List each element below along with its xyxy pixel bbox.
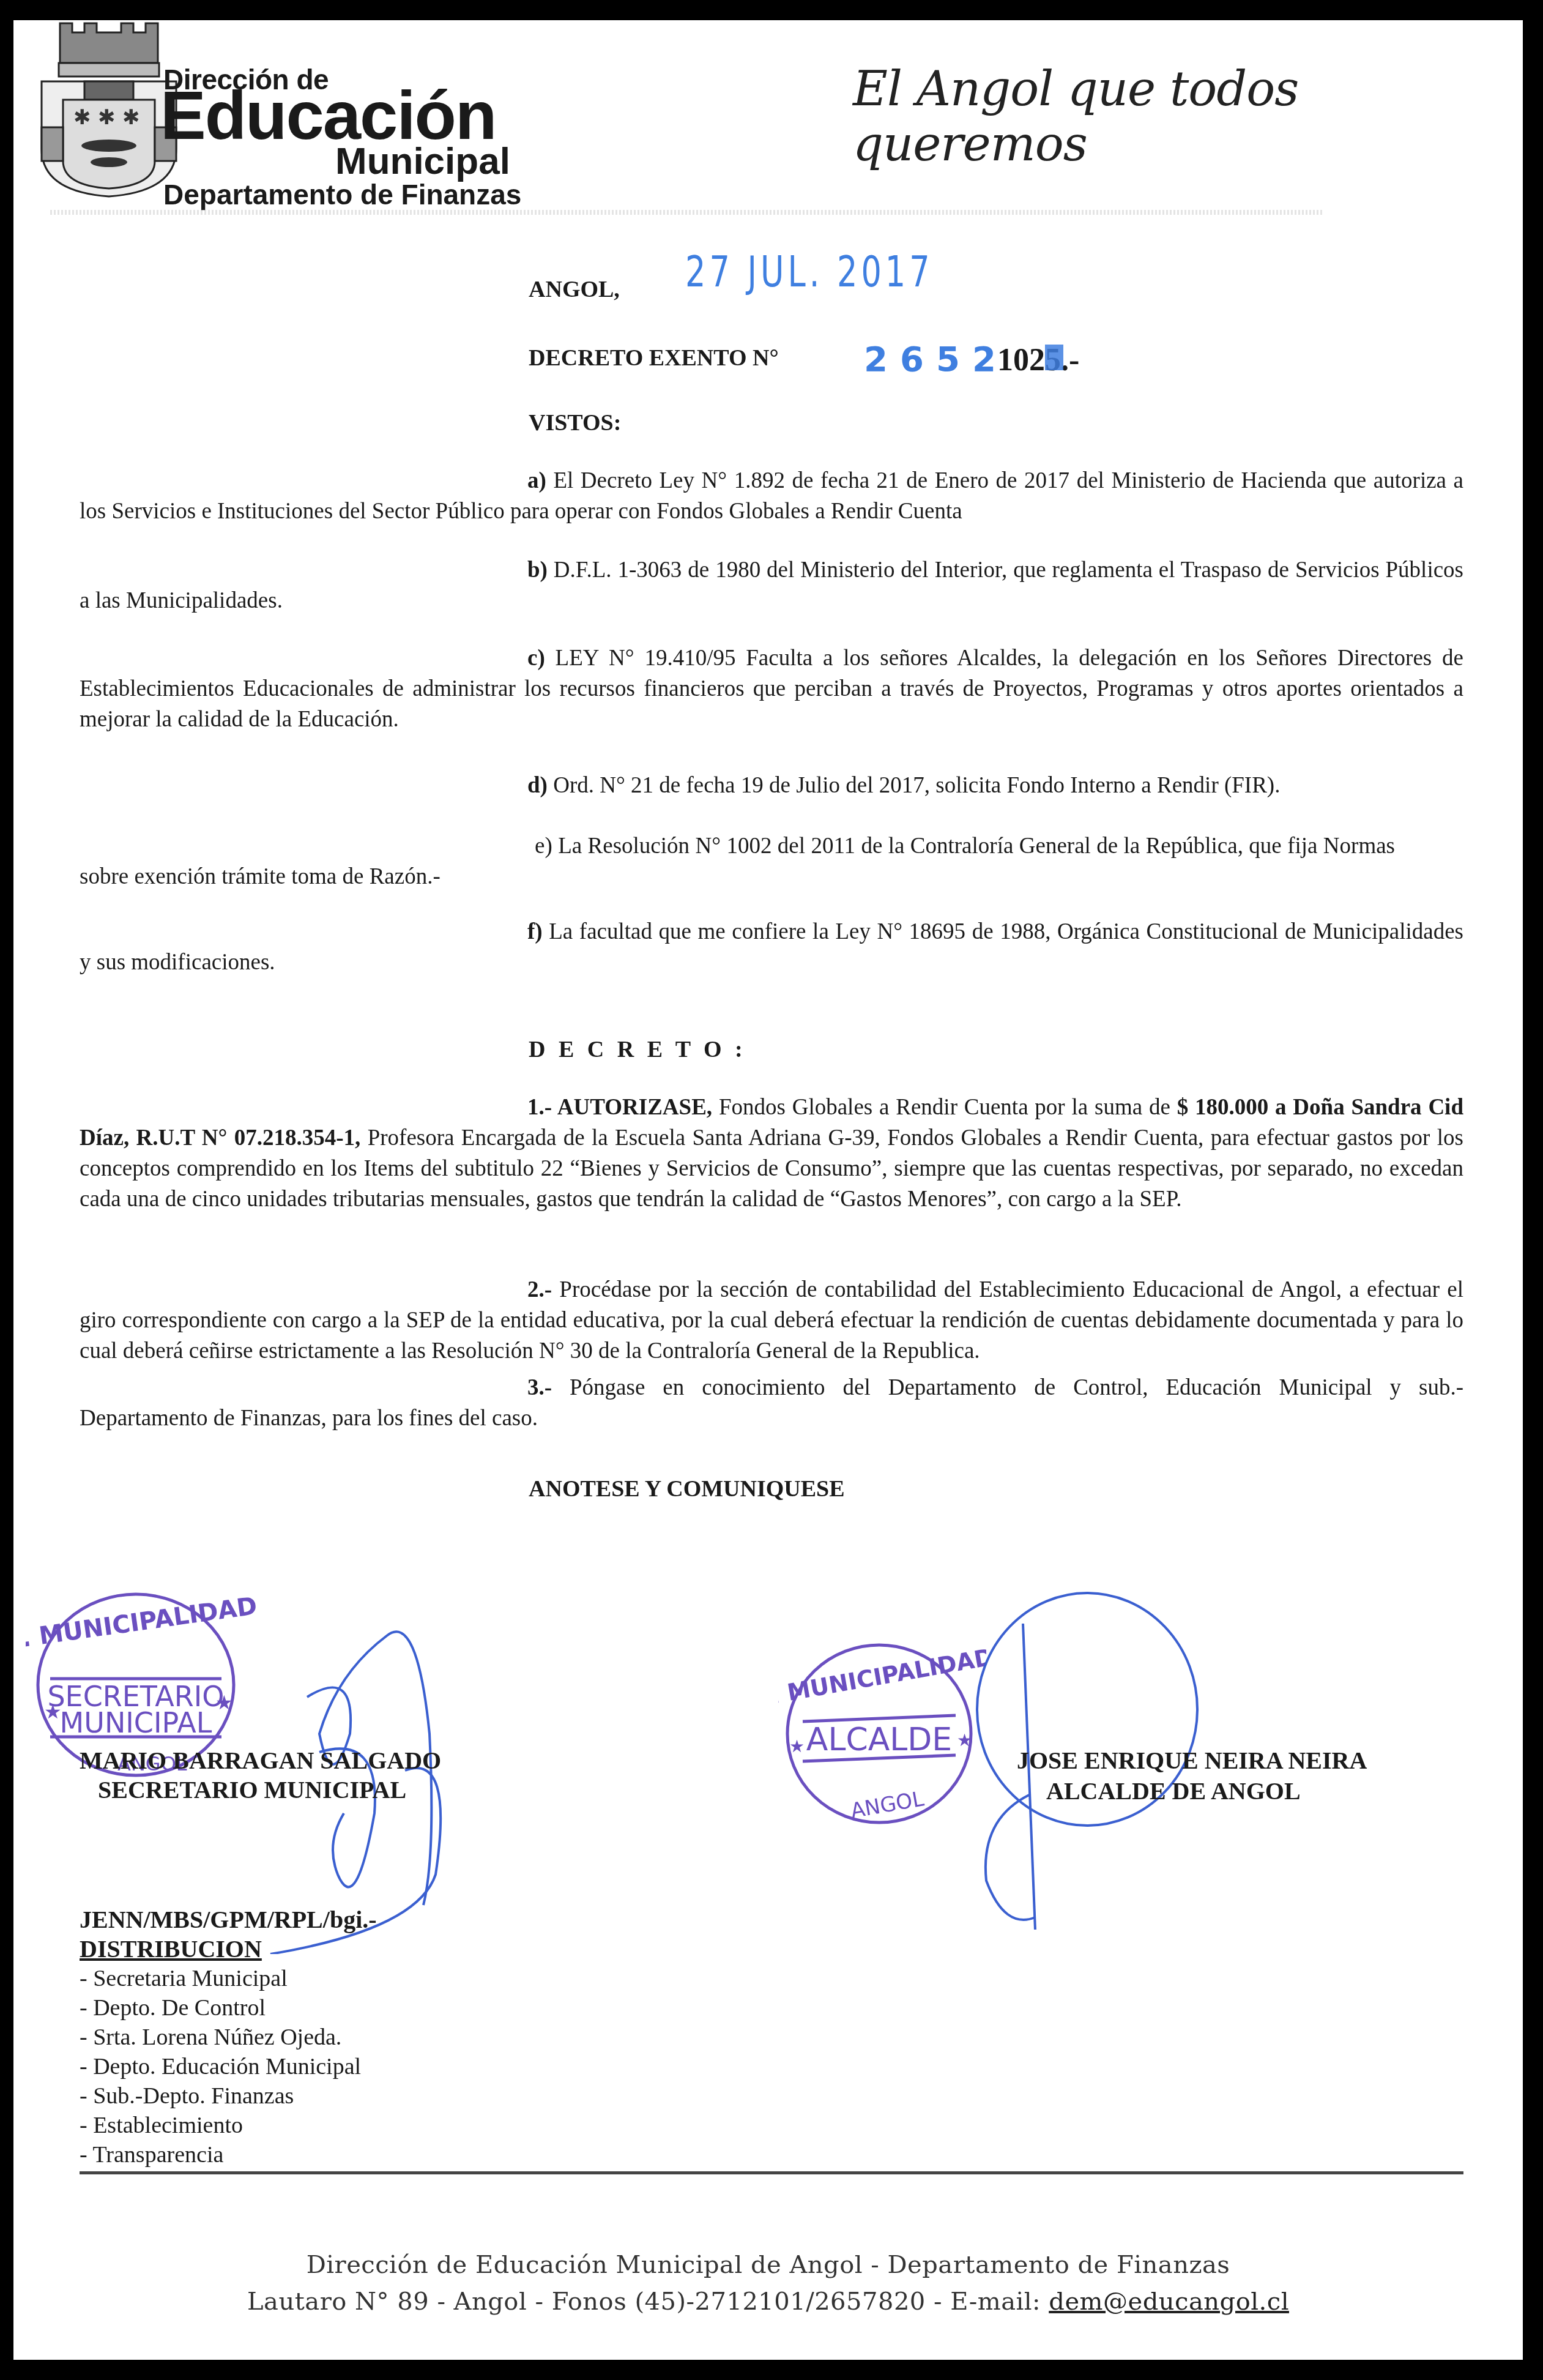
header-divider xyxy=(50,210,1323,215)
distribution-title: DISTRIBUCION xyxy=(80,1934,377,1964)
decree-number-stamp: 2652 xyxy=(864,340,1008,379)
distribution-item: - Depto. De Control xyxy=(80,1993,377,2023)
vistos-title: VISTOS: xyxy=(529,409,621,436)
decreto-item-1: 1.- AUTORIZASE, Fondos Globales a Rendir… xyxy=(80,1092,1463,1215)
vistos-item-b: b) D.F.L. 1-3063 de 1980 del Ministerio … xyxy=(80,555,1463,616)
footer-contact-line: Lautaro N° 89 - Angol - Fonos (45)-27121… xyxy=(13,2288,1523,2316)
decree-number-label: DECRETO EXENTO N° xyxy=(529,345,779,371)
svg-text:✱: ✱ xyxy=(122,106,140,129)
distribution-item: - Secretaria Municipal xyxy=(80,1964,377,1993)
ink-stamp-mark xyxy=(1045,345,1063,370)
alcalde-stamp: I. MUNICIPALIDAD ALCALDE ★ ★ ANGOL xyxy=(778,1636,986,1838)
distribution-item: - Establecimiento xyxy=(80,2111,377,2140)
distribution-item: - Srta. Lorena Núñez Ojeda. xyxy=(80,2023,377,2052)
svg-text:I. MUNICIPALIDAD: I. MUNICIPALIDAD xyxy=(778,1643,986,1710)
org-line-departamento: Departamento de Finanzas xyxy=(163,181,521,209)
secretario-name: MARIO BARRAGAN SALGADO xyxy=(80,1746,441,1775)
secretario-title: SECRETARIO MUNICIPAL xyxy=(98,1775,406,1804)
decree-number-typed: 1025.- xyxy=(997,342,1079,378)
svg-text:★: ★ xyxy=(789,1737,805,1756)
svg-text:ANGOL: ANGOL xyxy=(849,1786,926,1823)
alcalde-name: JOSE ENRIQUE NEIRA NEIRA xyxy=(1017,1746,1367,1775)
distribution-block: JENN/MBS/GPM/RPL/bgi.- DISTRIBUCION - Se… xyxy=(80,1905,377,2169)
org-line-municipal: Municipal xyxy=(335,143,510,181)
svg-text:✱: ✱ xyxy=(98,106,116,129)
motto-slogan: El Angol que todos queremos xyxy=(853,62,1523,172)
date-stamp: 27 JUL. 2017 xyxy=(685,247,934,297)
vistos-item-e: e) La Resolución N° 1002 del 2011 de la … xyxy=(80,831,1395,892)
closing-formula: ANOTESE Y COMUNIQUESE xyxy=(529,1475,845,1502)
svg-text:MUNICIPAL: MUNICIPAL xyxy=(60,1706,212,1739)
svg-text:ALCALDE: ALCALDE xyxy=(806,1722,952,1758)
reference-initials: JENN/MBS/GPM/RPL/bgi.- xyxy=(80,1905,377,1934)
decreto-item-3: 3.- Póngase en conocimiento del Departam… xyxy=(80,1373,1463,1434)
dateline-place: ANGOL, xyxy=(529,276,620,303)
vistos-item-c: c) LEY N° 19.410/95 Faculta a los señore… xyxy=(80,643,1463,735)
distribution-item: - Depto. Educación Municipal xyxy=(80,2052,377,2081)
svg-text:✱: ✱ xyxy=(73,106,91,129)
email-link[interactable]: dem@educangol.cl xyxy=(1049,2288,1289,2316)
decreto-title: D E C R E T O : xyxy=(529,1036,746,1063)
distribution-item: - Sub.-Depto. Finanzas xyxy=(80,2081,377,2111)
footer-org-line: Dirección de Educación Municipal de Ango… xyxy=(13,2251,1523,2279)
vistos-item-f: f) La facultad que me confiere la Ley N°… xyxy=(80,917,1463,978)
distribution-item: - Transparencia xyxy=(80,2140,377,2169)
alcalde-title: ALCALDE DE ANGOL xyxy=(1046,1777,1301,1805)
decreto-item-2: 2.- Procédase por la sección de contabil… xyxy=(80,1275,1463,1367)
document-page: ✱ ✱ ✱ Dirección de Educación Municipal D… xyxy=(13,20,1523,2360)
svg-text:★: ★ xyxy=(44,1701,62,1723)
vistos-item-a: a) El Decreto Ley N° 1.892 de fecha 21 d… xyxy=(80,466,1463,527)
footer-divider xyxy=(80,2171,1463,2174)
vistos-item-d: d) Ord. N° 21 de fecha 19 de Julio del 2… xyxy=(80,770,1463,801)
